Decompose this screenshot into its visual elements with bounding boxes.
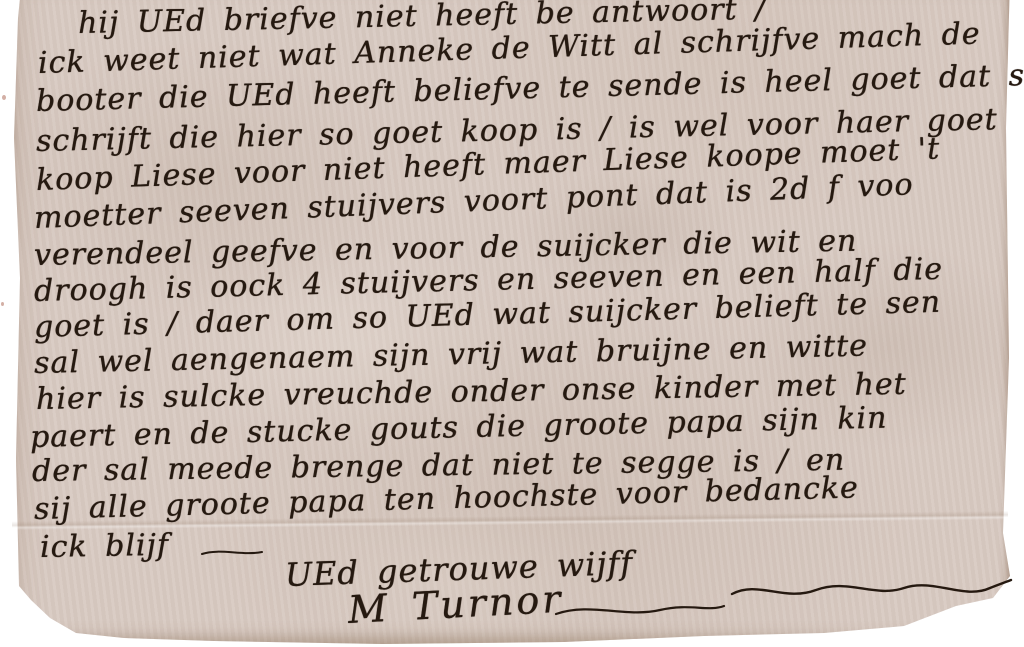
letter-scan: hij UEd briefve niet heeft be antwoort /… (0, 0, 1024, 647)
pen-stroke (202, 544, 264, 560)
flourish-line (732, 574, 1012, 608)
signature-flourish (556, 600, 726, 622)
paper-speck (1, 302, 4, 306)
paper-speck (2, 95, 6, 100)
handwritten-line: ick blijf (40, 528, 170, 565)
